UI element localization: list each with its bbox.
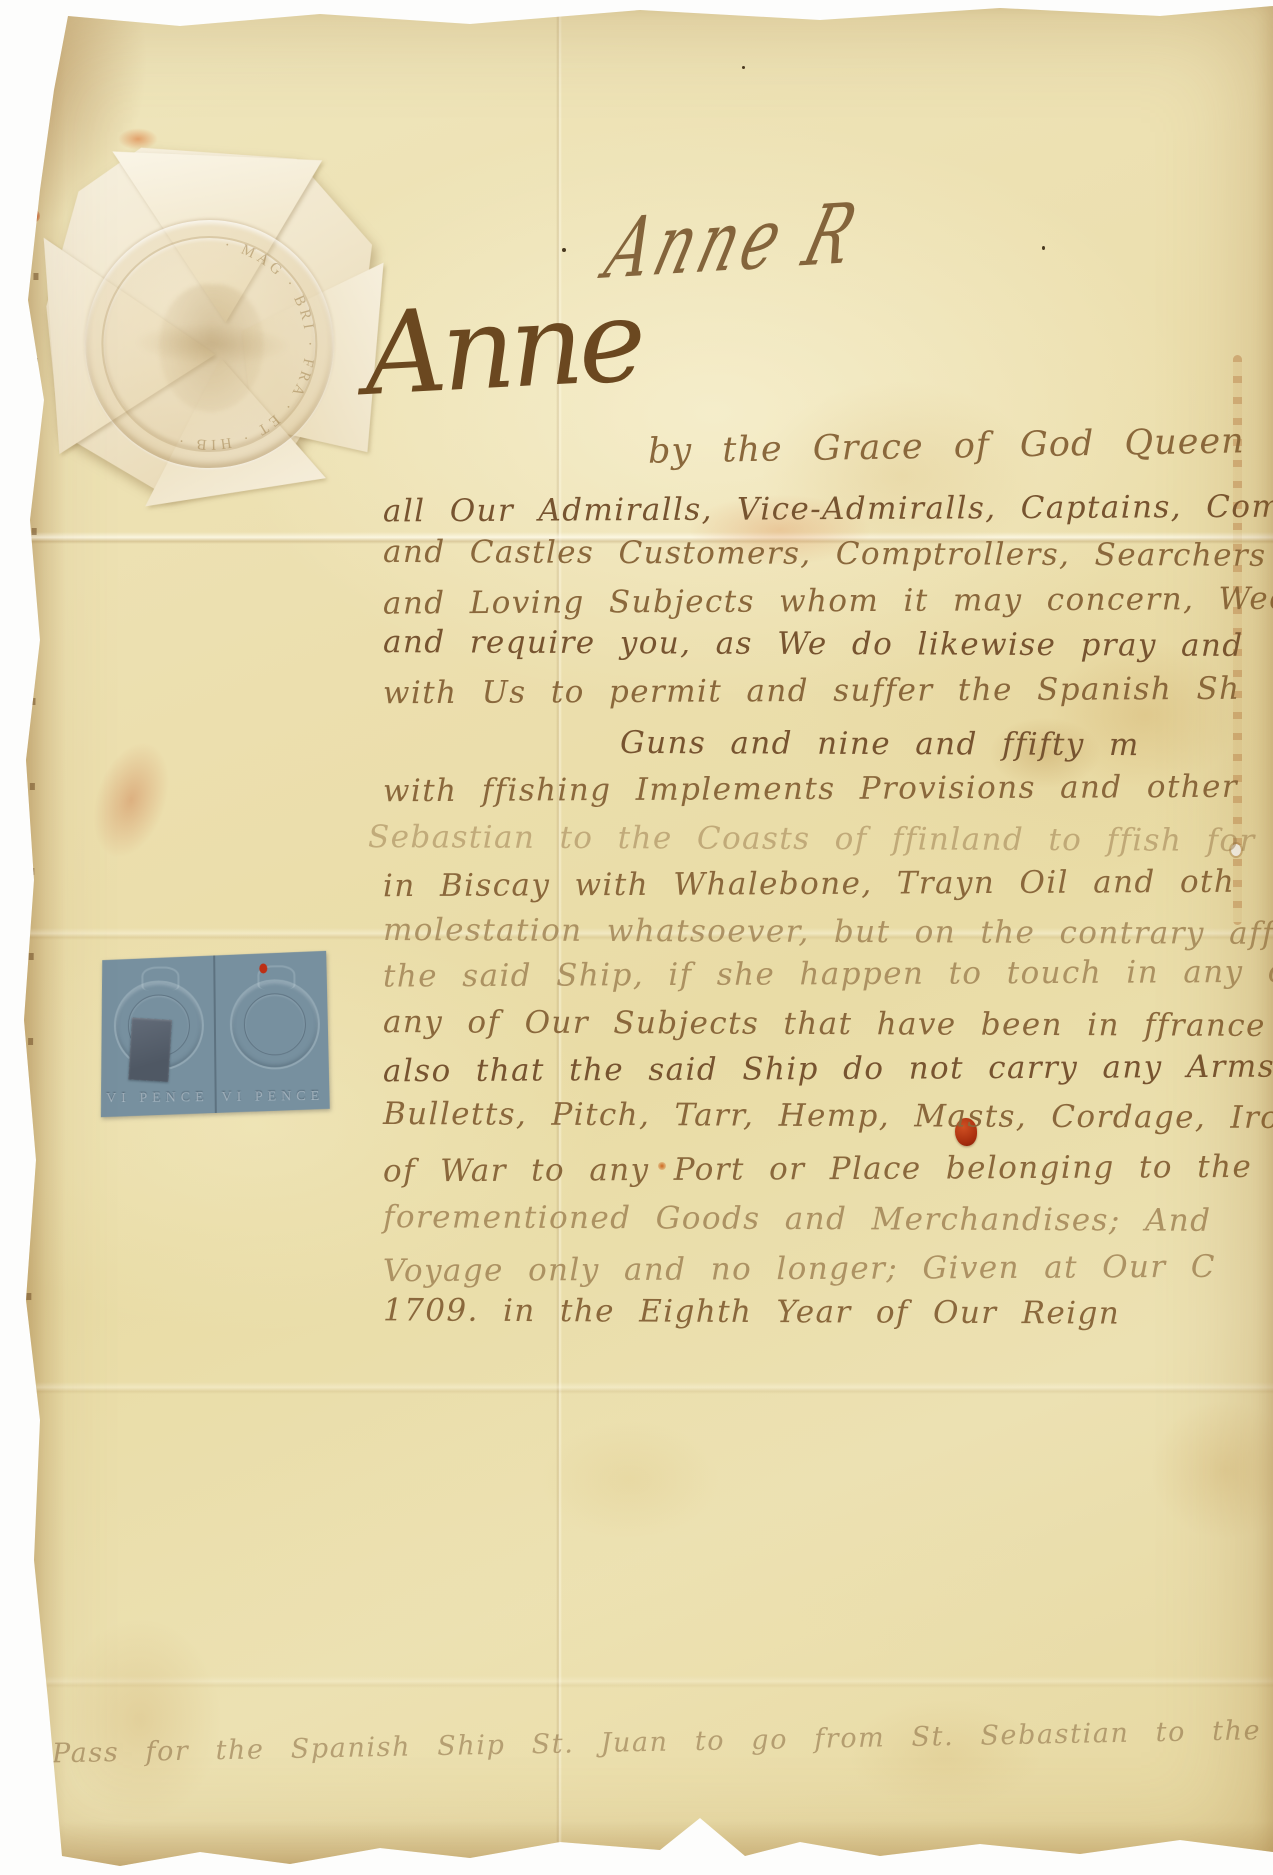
scanned-document: · MAG · BRI · FRA · ET · HIB · VI PENCE … [0, 0, 1273, 1875]
manuscript-line: Sebastian to the Coasts of ffinland to f… [368, 819, 1256, 859]
revenue-stamp-pair: VI PENCE VI PENCE [99, 951, 330, 1117]
docket-line: Pass for the Spanish Ship St. Juan to go… [52, 1714, 1273, 1770]
stamp-denomination: VI PENCE [216, 1089, 330, 1106]
horizontal-crease [28, 1676, 1273, 1688]
parchment-sheet: · MAG · BRI · FRA · ET · HIB · VI PENCE … [0, 0, 1273, 1875]
stamp-denomination: VI PENCE [101, 1090, 215, 1107]
manuscript-line: all Our Admiralls, Vice-Admiralls, Capta… [383, 489, 1273, 530]
manuscript-line: and Loving Subjects whom it may concern,… [383, 580, 1273, 621]
revenue-stamp: VI PENCE [213, 951, 330, 1116]
seal-embossed-circle: · MAG · BRI · FRA · ET · HIB · [82, 217, 336, 471]
seal-legend: · MAG · BRI · FRA · ET · HIB · [82, 217, 336, 471]
ink-speck [562, 248, 566, 252]
manuscript-line: any of Our Subjects that have been in ff… [383, 1004, 1266, 1044]
manuscript-line: with ffishing Implements Provisions and … [383, 769, 1238, 809]
stain [60, 1620, 220, 1820]
ink-speck [742, 66, 745, 69]
red-stain [79, 732, 183, 868]
stamp-patch [128, 1018, 172, 1082]
opening-line: by the Grace of God Queen of [648, 420, 1273, 472]
horizontal-crease [28, 1382, 1273, 1394]
manuscript-line: forementioned Goods and Merchandises; An… [383, 1199, 1212, 1239]
manuscript-line: Bulletts, Pitch, Tarr, Hemp, Masts, Cord… [383, 1096, 1273, 1136]
manuscript-line: the said Ship, if she happen to touch in… [383, 953, 1273, 994]
stain [850, 1700, 1040, 1810]
manuscript-line: in Biscay with Whalebone, Trayn Oil and … [383, 864, 1235, 904]
manuscript-line: and Castles Customers, Comptrollers, Sea… [383, 534, 1273, 574]
manuscript-line: of War to any Port or Place belonging to… [383, 1149, 1273, 1190]
stamp-embossed-crown-circle [229, 979, 320, 1070]
paper-seal: · MAG · BRI · FRA · ET · HIB · [41, 142, 374, 500]
manuscript-line: with Us to permit and suffer the Spanish… [383, 671, 1241, 711]
manuscript-line: Guns and nine and ffifty m [620, 725, 1140, 763]
opening-word-anne: Anne [361, 274, 644, 421]
seal-legend-text: · MAG · BRI · FRA · ET · HIB · [173, 236, 320, 455]
red-stain [16, 60, 32, 78]
manuscript-line: molestation whatsoever, but on the contr… [383, 912, 1273, 952]
stain [1150, 1400, 1273, 1540]
svg-text:· MAG · BRI · FRA · ET · HIB ·: · MAG · BRI · FRA · ET · HIB · [173, 236, 320, 455]
stamp-red-dot [259, 963, 267, 973]
manuscript-line: also that the said Ship do not carry any… [383, 1049, 1273, 1090]
bottom-edge-browning [0, 1821, 1273, 1867]
manuscript-line: 1709. in the Eighth Year of Our Reign [383, 1292, 1120, 1331]
stain [540, 1420, 720, 1540]
ink-speck [1042, 246, 1045, 250]
manuscript-line: Voyage only and no longer; Given at Our … [383, 1249, 1216, 1289]
manuscript-line: and require you, as We do likewise pray … [383, 624, 1244, 664]
